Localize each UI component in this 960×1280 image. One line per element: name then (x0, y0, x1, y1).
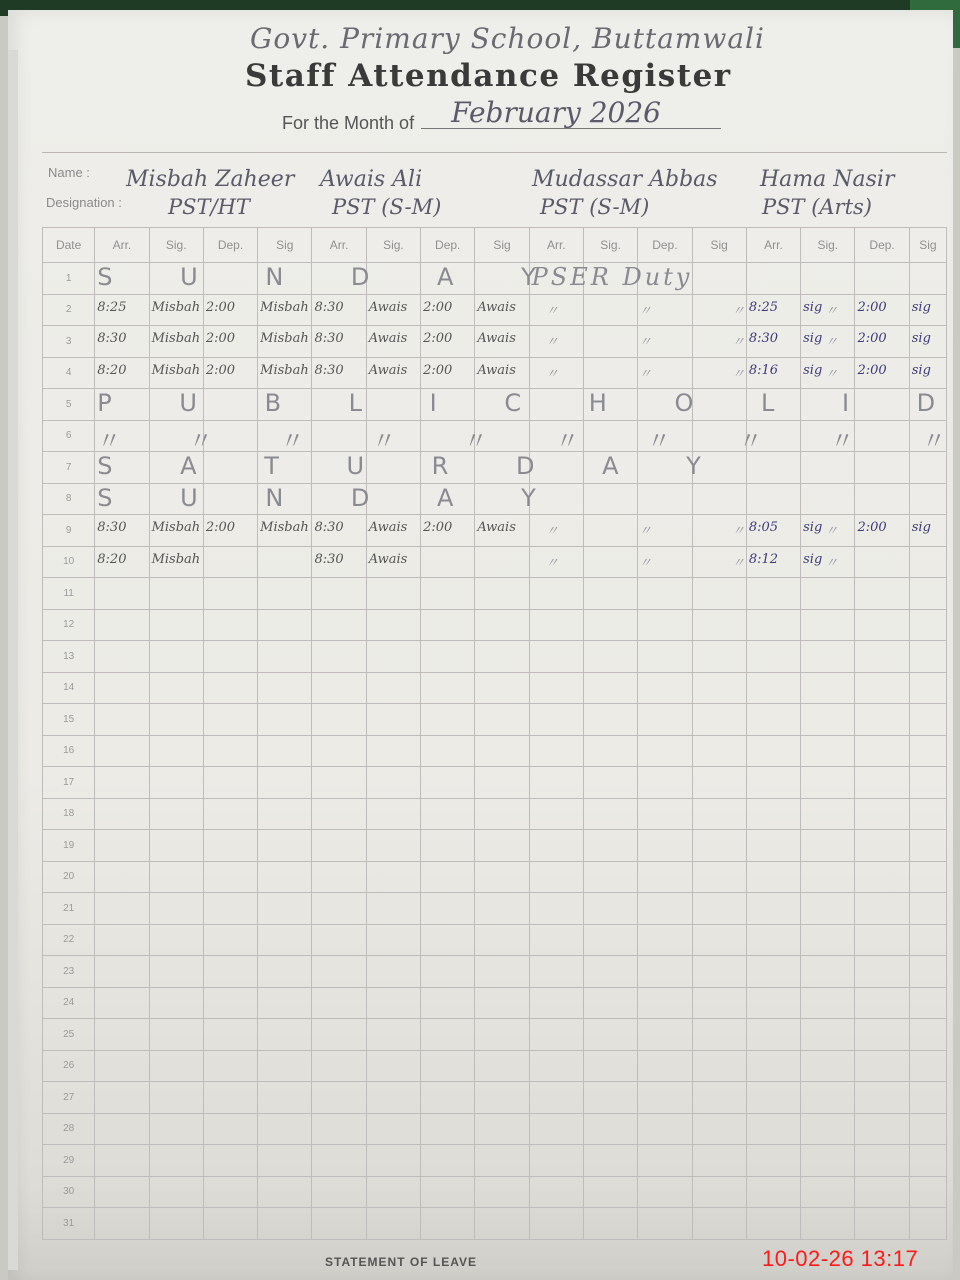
cell: P U B L I C H O L I D A Y S (95, 389, 149, 421)
cell (366, 1208, 420, 1240)
cell (855, 641, 909, 673)
cell (149, 1176, 203, 1208)
cell (583, 357, 637, 389)
cell (529, 420, 583, 452)
cell (366, 609, 420, 641)
row-date: 31 (43, 1208, 95, 1240)
cell (203, 956, 257, 988)
entry-s4-dep: 2:00 (857, 363, 886, 378)
col-s2-arr: Arr. (312, 228, 366, 263)
cell (583, 294, 637, 326)
cell (475, 767, 529, 799)
row-date: 30 (43, 1176, 95, 1208)
cell (258, 1208, 312, 1240)
cell: 2:00 (855, 357, 909, 389)
entry-s2-arr: 8:30 (314, 520, 343, 535)
cell (203, 546, 257, 578)
cell (746, 735, 800, 767)
cell (203, 987, 257, 1019)
cell (909, 578, 946, 610)
cell (149, 1082, 203, 1114)
table-row: 19 (43, 830, 947, 862)
cell (95, 1113, 149, 1145)
cell (312, 735, 366, 767)
cell (421, 861, 475, 893)
cell (692, 389, 746, 421)
cell (583, 924, 637, 956)
cell (312, 263, 366, 295)
cell (95, 1145, 149, 1177)
cell (855, 389, 909, 421)
cell (801, 609, 855, 641)
row-date: 11 (43, 578, 95, 610)
cell (529, 956, 583, 988)
cell (801, 704, 855, 736)
cell (149, 389, 203, 421)
table-row: 17 (43, 767, 947, 799)
cell (258, 1145, 312, 1177)
cell (258, 389, 312, 421)
staff-name-4: Hama Nasir (760, 167, 894, 192)
cell (801, 578, 855, 610)
cell (638, 420, 692, 452)
entry-s1-sig2: Misbah (260, 520, 309, 535)
cell (95, 1208, 149, 1240)
attendance-register: Name : Misbah Zaheer Awais Ali Mudassar … (42, 152, 947, 1240)
month-label: For the Month of (282, 113, 414, 133)
entry-s1-arr: 8:20 (97, 552, 126, 567)
cell (258, 798, 312, 830)
cell (421, 830, 475, 862)
cell (801, 672, 855, 704)
cell (258, 830, 312, 862)
cell (746, 263, 800, 295)
cell (312, 452, 366, 484)
col-s2-dep: Dep. (421, 228, 475, 263)
row-date: 12 (43, 609, 95, 641)
cell (529, 1082, 583, 1114)
cell (855, 830, 909, 862)
cell (855, 987, 909, 1019)
cell (366, 420, 420, 452)
table-row: 15 (43, 704, 947, 736)
staff-designation-2: PST (S-M) (332, 195, 441, 219)
cell (366, 1113, 420, 1145)
cell (203, 861, 257, 893)
entry-s1-sig: Misbah (152, 331, 201, 346)
cell (203, 1082, 257, 1114)
cell (638, 924, 692, 956)
column-header-row: Date Arr. Sig. Dep. Sig Arr. Sig. Dep. S… (43, 228, 947, 263)
table-row: 5P U B L I C H O L I D A Y S (43, 389, 947, 421)
cell (366, 1145, 420, 1177)
cell (855, 609, 909, 641)
cell (258, 1050, 312, 1082)
cell (638, 326, 692, 358)
cell (909, 1113, 946, 1145)
cell (583, 326, 637, 358)
cell (692, 452, 746, 484)
cell: Misbah (258, 357, 312, 389)
cell (638, 515, 692, 547)
cell: 8:30 (95, 326, 149, 358)
entry-s1-sig: Misbah (152, 300, 201, 315)
cell (638, 830, 692, 862)
cell (366, 263, 420, 295)
entry-s4-sig: sig (803, 520, 822, 535)
school-name: Govt. Primary School, Buttamwali (250, 22, 765, 55)
cell: Misbah (149, 294, 203, 326)
cell: Awais (366, 294, 420, 326)
cell (421, 1176, 475, 1208)
cell (855, 546, 909, 578)
cell (421, 389, 475, 421)
cell (855, 1050, 909, 1082)
cell (855, 1082, 909, 1114)
cell (258, 483, 312, 515)
cell (529, 735, 583, 767)
cell (475, 1113, 529, 1145)
cell: S U N D A Y (95, 483, 149, 515)
cell (366, 893, 420, 925)
cell (692, 546, 746, 578)
cell (909, 893, 946, 925)
cell (583, 767, 637, 799)
cell (638, 956, 692, 988)
cell (746, 389, 800, 421)
cell (421, 767, 475, 799)
table-row: 8S U N D A Y (43, 483, 947, 515)
cell (909, 956, 946, 988)
cell (583, 1113, 637, 1145)
cell (583, 956, 637, 988)
table-row: 12 (43, 609, 947, 641)
col-s2-sig: Sig. (366, 228, 420, 263)
cell (692, 924, 746, 956)
cell (692, 1208, 746, 1240)
cell (312, 578, 366, 610)
cell (855, 1208, 909, 1240)
cell (801, 641, 855, 673)
cell (312, 924, 366, 956)
cell (855, 924, 909, 956)
entry-s1-sig: Misbah (152, 363, 201, 378)
cell (95, 987, 149, 1019)
cell (801, 1113, 855, 1145)
cell: Awais (475, 326, 529, 358)
cell (801, 1019, 855, 1051)
cell (583, 893, 637, 925)
cell (312, 609, 366, 641)
row-date: 19 (43, 830, 95, 862)
row-date: 8 (43, 483, 95, 515)
cell (312, 830, 366, 862)
cell (638, 483, 692, 515)
cell (801, 1050, 855, 1082)
cell (746, 987, 800, 1019)
cell (855, 893, 909, 925)
cell (475, 389, 529, 421)
entry-s1-dep: 2:00 (206, 331, 235, 346)
entry-s2-arr: 8:30 (314, 363, 343, 378)
cell: sig (801, 326, 855, 358)
cell (258, 893, 312, 925)
cell (203, 798, 257, 830)
cell (909, 609, 946, 641)
cell (95, 861, 149, 893)
cell (258, 641, 312, 673)
row-date: 15 (43, 704, 95, 736)
cell (583, 420, 637, 452)
cell (746, 1208, 800, 1240)
cell (638, 357, 692, 389)
cell (475, 704, 529, 736)
cell (203, 641, 257, 673)
table-row: 13 (43, 641, 947, 673)
month-field: February 2026 (421, 110, 721, 129)
cell (366, 798, 420, 830)
cell (692, 830, 746, 862)
cell (801, 767, 855, 799)
cell (692, 515, 746, 547)
row-date: 16 (43, 735, 95, 767)
cell (149, 1113, 203, 1145)
table-row: 14 (43, 672, 947, 704)
row-date: 23 (43, 956, 95, 988)
cell (312, 861, 366, 893)
table-row: 98:30Misbah2:00Misbah8:30Awais2:00Awais〃… (43, 515, 947, 547)
cell (855, 483, 909, 515)
cell (149, 861, 203, 893)
cell (583, 1019, 637, 1051)
cell (149, 767, 203, 799)
cell (638, 987, 692, 1019)
cell (421, 641, 475, 673)
cell: sig (801, 294, 855, 326)
cell (475, 420, 529, 452)
cell (149, 735, 203, 767)
col-s3-sig: Sig. (583, 228, 637, 263)
entry-s1-sig: Misbah (152, 520, 201, 535)
cell (529, 704, 583, 736)
cell (203, 389, 257, 421)
cell: Misbah (149, 326, 203, 358)
cell (801, 420, 855, 452)
cell (909, 1082, 946, 1114)
cell (258, 704, 312, 736)
cell (909, 452, 946, 484)
cell (692, 609, 746, 641)
cell (421, 1082, 475, 1114)
cell: Awais (475, 294, 529, 326)
cell: sig (909, 294, 946, 326)
entry-s2-dep: 2:00 (423, 520, 452, 535)
cell (801, 987, 855, 1019)
cell: Misbah (149, 515, 203, 547)
cell (909, 924, 946, 956)
cell (95, 1082, 149, 1114)
cell (149, 263, 203, 295)
entry-s2-arr: 8:30 (314, 552, 343, 567)
cell (421, 924, 475, 956)
cell (203, 1176, 257, 1208)
cell (203, 704, 257, 736)
cell (312, 420, 366, 452)
cell: 8:30 (312, 515, 366, 547)
row-date: 17 (43, 767, 95, 799)
camera-timestamp: 10-02-26 13:17 (762, 1246, 918, 1272)
staff-designation-1: PST/HT (168, 195, 250, 219)
cell (421, 578, 475, 610)
cell: 8:16 (746, 357, 800, 389)
cell: 〃 〃 〃 〃 (529, 357, 583, 389)
cell (203, 609, 257, 641)
cell (421, 798, 475, 830)
cell (746, 767, 800, 799)
cell (95, 735, 149, 767)
cell (801, 956, 855, 988)
cell (583, 609, 637, 641)
cell (421, 609, 475, 641)
cell (203, 672, 257, 704)
cell (909, 767, 946, 799)
row-date: 24 (43, 987, 95, 1019)
cell (95, 609, 149, 641)
cell (258, 767, 312, 799)
cell (638, 1050, 692, 1082)
cell (529, 767, 583, 799)
cell: PSER Duty (529, 263, 583, 295)
cell: Awais (475, 357, 529, 389)
cell: 8:20 (95, 357, 149, 389)
cell (203, 1113, 257, 1145)
cell (638, 641, 692, 673)
cell (312, 389, 366, 421)
cell (746, 420, 800, 452)
staff-name-1: Misbah Zaheer (126, 167, 294, 192)
cell (746, 1019, 800, 1051)
cell (529, 1019, 583, 1051)
cell (366, 578, 420, 610)
cell (149, 830, 203, 862)
cell (529, 1113, 583, 1145)
cell (475, 830, 529, 862)
row-date: 5 (43, 389, 95, 421)
entry-s1-dep: 2:00 (206, 363, 235, 378)
cell (203, 1208, 257, 1240)
cell (475, 893, 529, 925)
cell (149, 483, 203, 515)
entry-s2-dep: 2:00 (423, 300, 452, 315)
entry-s2-sig: Awais (369, 363, 408, 378)
cell (583, 1082, 637, 1114)
cell (638, 1113, 692, 1145)
cell: S A T U R D A Y (95, 452, 149, 484)
cell (583, 263, 637, 295)
cell: 〃 〃 〃 〃 〃 〃 〃 〃 〃 〃 〃 〃 〃 〃 (95, 420, 149, 452)
cell (638, 735, 692, 767)
cell (366, 861, 420, 893)
month-value: February 2026 (451, 96, 661, 129)
cell: Awais (366, 515, 420, 547)
cell: Misbah (258, 515, 312, 547)
cell (746, 1176, 800, 1208)
cell (583, 546, 637, 578)
cell (203, 767, 257, 799)
cell (95, 798, 149, 830)
cell (801, 1208, 855, 1240)
cell (258, 735, 312, 767)
cell (801, 735, 855, 767)
table-row: 24 (43, 987, 947, 1019)
cell (312, 672, 366, 704)
entry-s4-arr: 8:05 (749, 520, 778, 535)
cell (366, 830, 420, 862)
month-row: For the Month of February 2026 (282, 110, 721, 134)
cell (909, 735, 946, 767)
row-date: 28 (43, 1113, 95, 1145)
entry-s2-arr: 8:30 (314, 300, 343, 315)
cell (909, 1145, 946, 1177)
cell (909, 483, 946, 515)
cell (421, 956, 475, 988)
cell (909, 830, 946, 862)
table-row: 30 (43, 1176, 947, 1208)
cell (583, 798, 637, 830)
cell (529, 578, 583, 610)
row-date: 14 (43, 672, 95, 704)
table-row: 108:20Misbah8:30Awais〃 〃 〃 〃8:12sig (43, 546, 947, 578)
entry-s2-arr: 8:30 (314, 331, 343, 346)
cell (746, 672, 800, 704)
cell: sig (801, 546, 855, 578)
cell (312, 1145, 366, 1177)
table-row: 48:20Misbah2:00Misbah8:30Awais2:00Awais〃… (43, 357, 947, 389)
cell (692, 704, 746, 736)
attendance-table: Date Arr. Sig. Dep. Sig Arr. Sig. Dep. S… (42, 227, 947, 1240)
entry-s4-sig: sig (803, 331, 822, 346)
table-row: 31 (43, 1208, 947, 1240)
cell (258, 546, 312, 578)
register-title: Staff Attendance Register (245, 58, 732, 94)
row-date: 6 (43, 420, 95, 452)
entry-s4-sig: sig (803, 552, 822, 567)
cell (149, 641, 203, 673)
cell (583, 1176, 637, 1208)
cell (258, 956, 312, 988)
cell (421, 483, 475, 515)
row-date: 13 (43, 641, 95, 673)
cell (855, 672, 909, 704)
cell (692, 956, 746, 988)
col-s4-dep: Dep. (855, 228, 909, 263)
cell (366, 704, 420, 736)
cell (475, 987, 529, 1019)
cell (258, 578, 312, 610)
cell (583, 1145, 637, 1177)
cell (801, 893, 855, 925)
cell (909, 389, 946, 421)
cell (583, 1050, 637, 1082)
cell (203, 483, 257, 515)
cell (149, 420, 203, 452)
cell (421, 704, 475, 736)
entry-s1-arr: 8:25 (97, 300, 126, 315)
cell: Awais (366, 357, 420, 389)
cell (855, 1176, 909, 1208)
entry-s4-sig2: sig (912, 300, 931, 315)
cell (855, 735, 909, 767)
